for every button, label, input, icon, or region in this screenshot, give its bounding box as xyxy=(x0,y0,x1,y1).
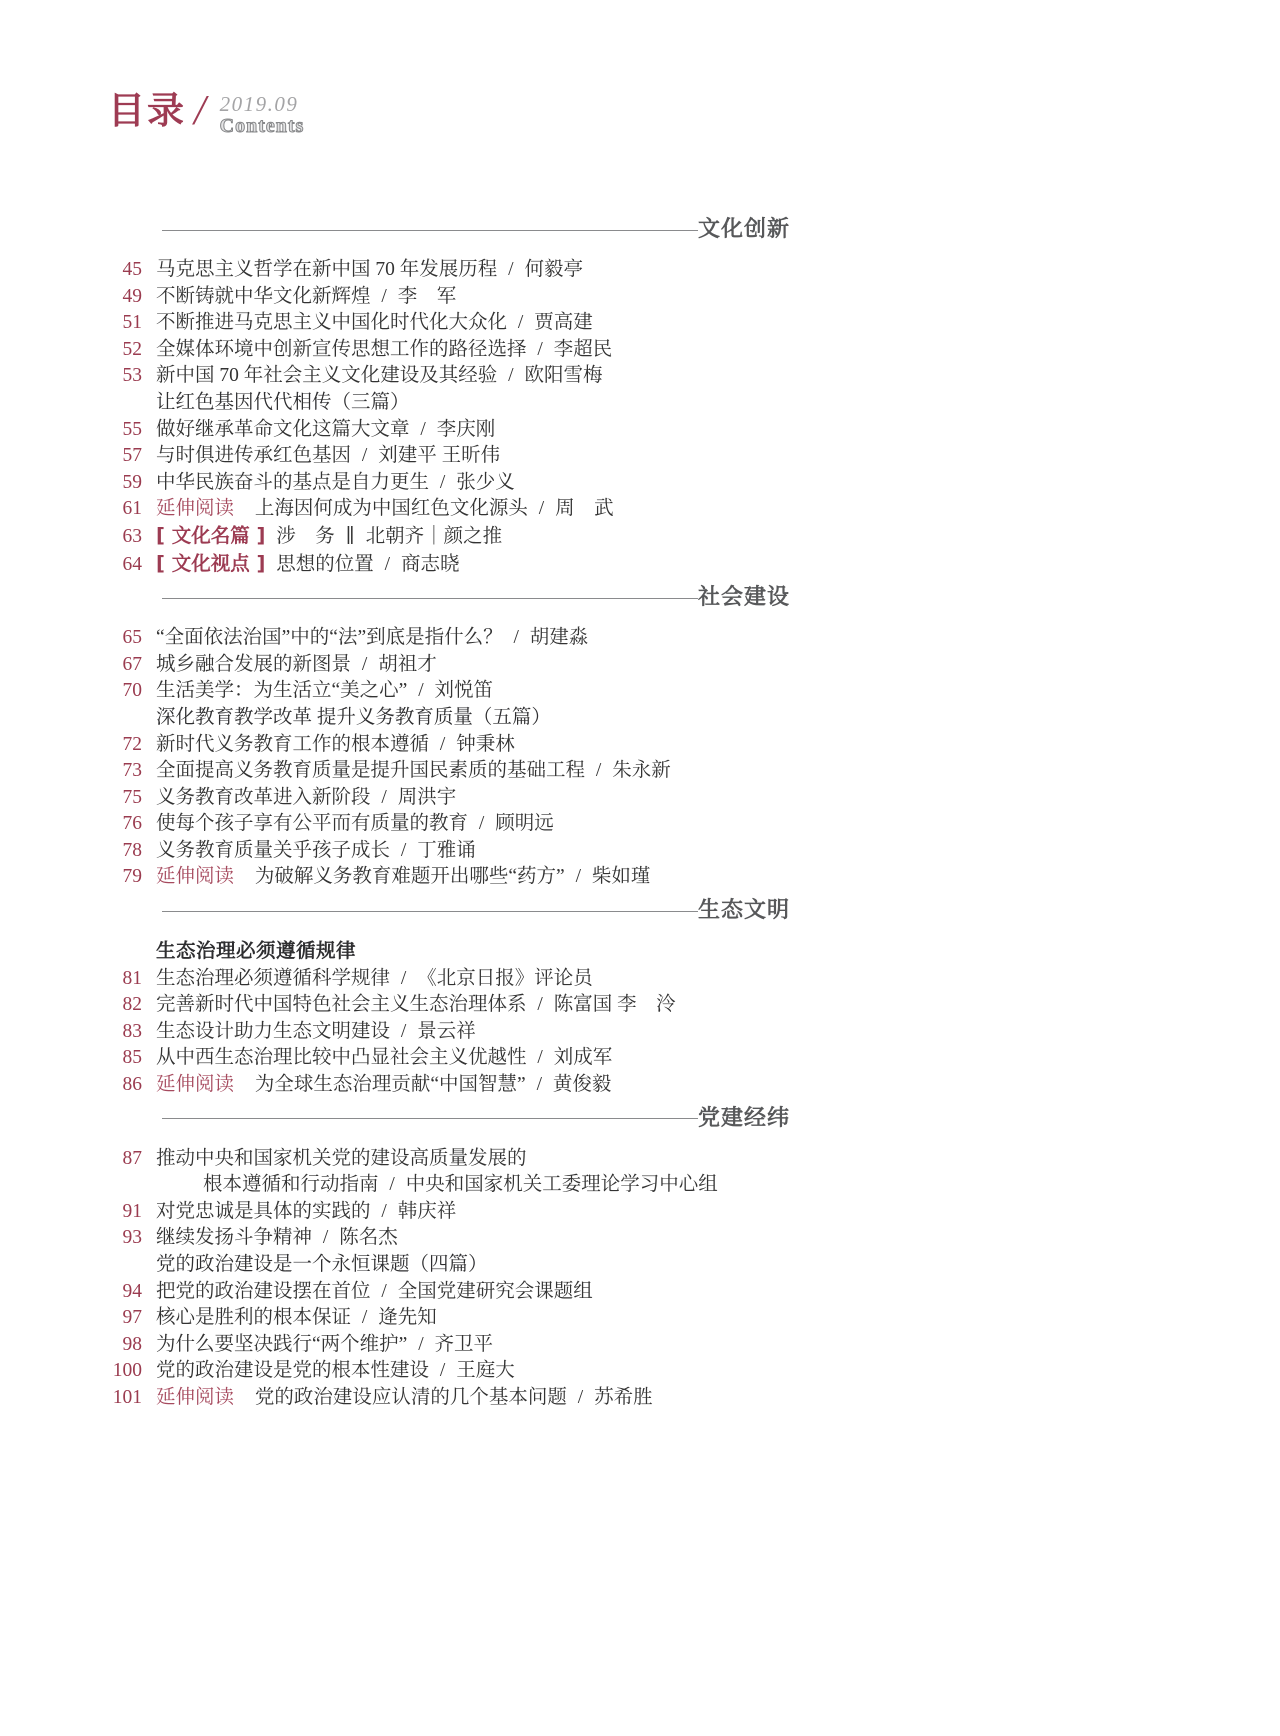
entry-author: 刘建平 王昕伟 xyxy=(378,445,500,466)
entry-title: 继续发扬斗争精神 xyxy=(156,1227,312,1248)
entry-page-number: 61 xyxy=(100,496,142,523)
toc-entry: 67 城乡融合发展的新图景 / 胡祖才 xyxy=(100,652,1220,679)
toc-entry: 76 使每个孩子享有公平而有质量的教育 / 顾明远 xyxy=(100,811,1220,838)
section-header: 文化创新 xyxy=(162,216,790,244)
entry-separator: / xyxy=(473,813,490,834)
entry-text: 不断铸就中华文化新辉煌 / 李 军 xyxy=(156,284,456,311)
entry-text: 城乡融合发展的新图景 / 胡祖才 xyxy=(156,652,437,679)
entry-separator: / xyxy=(375,286,392,307)
toc-entry: 70 生活美学：为生活立“美之心” / 刘悦笛 xyxy=(100,678,1220,705)
toc-entry: 79 延伸阅读 为破解义务教育难题开出哪些“药方” / 柴如瑾 xyxy=(100,864,1220,891)
entry-page-number: 51 xyxy=(100,310,142,337)
entry-prefix-label: 延伸阅读 xyxy=(156,864,234,891)
entry-text: 新中国 70 年社会主义文化建设及其经验 / 欧阳雪梅 xyxy=(156,363,602,390)
entry-title: 根本遵循和行动指南 xyxy=(203,1174,379,1195)
entry-text: 延伸阅读 党的政治建设应认清的几个基本问题 / 苏希胜 xyxy=(156,1385,653,1412)
entry-title: 新中国 70 年社会主义文化建设及其经验 xyxy=(156,365,497,386)
entry-text: 继续发扬斗争精神 / 陈名杰 xyxy=(156,1225,398,1252)
section-rule-line xyxy=(162,911,698,912)
entry-title: 深化教育教学改革 提升义务教育质量（五篇） xyxy=(156,707,551,728)
section-entry-list: 45 马克思主义哲学在新中国 70 年发展历程 / 何毅亭 49 不断铸就中华文… xyxy=(100,257,1220,578)
toc-sections: 文化创新 45 马克思主义哲学在新中国 70 年发展历程 / 何毅亭 49 不断… xyxy=(100,216,1220,1418)
entry-author: 《北京日报》评论员 xyxy=(417,968,593,989)
entry-text: 完善新时代中国特色社会主义生态治理体系 / 陈富国 李 泠 xyxy=(156,992,676,1019)
entry-text: 使每个孩子享有公平而有质量的教育 / 顾明远 xyxy=(156,811,554,838)
toc-entry: 61 延伸阅读 上海因何成为中国红色文化源头 / 周 武 xyxy=(100,496,1220,523)
entry-author: 全国党建研究会课题组 xyxy=(398,1281,593,1302)
entry-page-number: 76 xyxy=(100,811,142,838)
entry-page-number: 67 xyxy=(100,652,142,679)
toc-entry: 78 义务教育质量关乎孩子成长 / 丁雅诵 xyxy=(100,838,1220,865)
entry-title: 马克思主义哲学在新中国 70 年发展历程 xyxy=(156,259,497,280)
entry-text: 与时俱进传承红色基因 / 刘建平 王昕伟 xyxy=(156,443,500,470)
entry-title: 不断铸就中华文化新辉煌 xyxy=(156,286,371,307)
entry-author: 顾明远 xyxy=(495,813,554,834)
entry-author: 何毅亭 xyxy=(524,259,583,280)
entry-title: 使每个孩子享有公平而有质量的教育 xyxy=(156,813,468,834)
entry-page-number: 83 xyxy=(100,1019,142,1046)
section-entry-list: 87 推动中央和国家机关党的建设高质量发展的 根本遵循和行动指南 / 中央和国家… xyxy=(100,1146,1220,1412)
toc-entry: 82 完善新时代中国特色社会主义生态治理体系 / 陈富国 李 泠 xyxy=(100,992,1220,1019)
entry-separator: / xyxy=(434,1360,451,1381)
toc-entry: 97 核心是胜利的根本保证 / 逄先知 xyxy=(100,1305,1220,1332)
toc-entry: 83 生态设计助力生态文明建设 / 景云祥 xyxy=(100,1019,1220,1046)
entry-author: 北朝齐｜颜之推 xyxy=(366,526,503,547)
entry-title: 做好继承革命文化这篇大文章 xyxy=(156,419,410,440)
entry-page-number: 85 xyxy=(100,1045,142,1072)
entry-text: 义务教育质量关乎孩子成长 / 丁雅诵 xyxy=(156,838,476,865)
entry-author: 商志晓 xyxy=(401,554,460,575)
toc-entry: 55 做好继承革命文化这篇大文章 / 李庆刚 xyxy=(100,417,1220,444)
entry-title: 涉 务 xyxy=(276,526,335,547)
entry-author: 王庭大 xyxy=(456,1360,515,1381)
entry-title: 生态治理必须遵循科学规律 xyxy=(156,968,390,989)
entry-title: 党的政治建设是党的根本性建设 xyxy=(156,1360,429,1381)
entry-page-number: 81 xyxy=(100,966,142,993)
entry-page-number: 64 xyxy=(100,552,142,579)
entry-prefix-label: [ 文化视点 ] xyxy=(156,551,265,578)
section-rule-line xyxy=(162,1118,698,1119)
issue-block: 2019.09 Contents xyxy=(220,92,305,137)
page-title: 目录 xyxy=(108,92,186,131)
toc-entry: 100 党的政治建设是党的根本性建设 / 王庭大 xyxy=(100,1358,1220,1385)
entry-separator: / xyxy=(531,1074,548,1095)
entry-text: 把党的政治建设摆在首位 / 全国党建研究会课题组 xyxy=(156,1279,593,1306)
toc-entry: 101 延伸阅读 党的政治建设应认清的几个基本问题 / 苏希胜 xyxy=(100,1385,1220,1412)
entry-page-number: 52 xyxy=(100,337,142,364)
entry-page-number: 97 xyxy=(100,1305,142,1332)
entry-page-number: 86 xyxy=(100,1072,142,1099)
section-title: 生态文明 xyxy=(698,900,790,922)
entry-author: 丁雅诵 xyxy=(417,840,476,861)
entry-page-number: 75 xyxy=(100,785,142,812)
entry-text: [ 文化名篇 ] 涉 务 ∥ 北朝齐｜颜之推 xyxy=(156,523,502,551)
entry-page-number: 79 xyxy=(100,864,142,891)
entry-prefix-label: 延伸阅读 xyxy=(156,1385,234,1412)
entry-title: 全媒体环境中创新宣传思想工作的路径选择 xyxy=(156,339,527,360)
entry-separator: / xyxy=(434,734,451,755)
entry-page-number: 93 xyxy=(100,1225,142,1252)
entry-text: 中华民族奋斗的基点是自力更生 / 张少义 xyxy=(156,470,515,497)
entry-author: 胡祖才 xyxy=(378,654,437,675)
toc-entry: 51 不断推进马克思主义中国化时代化大众化 / 贾高建 xyxy=(100,310,1220,337)
section-title: 社会建设 xyxy=(698,587,790,609)
entry-page-number: 101 xyxy=(100,1385,142,1412)
entry-separator: / xyxy=(502,259,519,280)
entry-prefix-label: 延伸阅读 xyxy=(156,1072,234,1099)
entry-author: 贾高建 xyxy=(534,312,593,333)
section-header: 社会建设 xyxy=(162,584,790,612)
entry-separator: / xyxy=(508,627,525,648)
toc-entry: 73 全面提高义务教育质量是提升国民素质的基础工程 / 朱永新 xyxy=(100,758,1220,785)
toc-entry: 86 延伸阅读 为全球生态治理贡献“中国智慧” / 黄俊毅 xyxy=(100,1072,1220,1099)
toc-section: 党建经纬 87 推动中央和国家机关党的建设高质量发展的 根本遵循和行动指南 / … xyxy=(100,1105,1220,1412)
entry-separator: / xyxy=(356,1307,373,1328)
entry-page-number: 63 xyxy=(100,524,142,551)
entry-separator: / xyxy=(531,1047,548,1068)
entry-title: 为破解义务教育难题开出哪些“药方” xyxy=(255,866,565,887)
toc-entry: 让红色基因代代相传（三篇） xyxy=(100,390,1220,417)
entry-text: 深化教育教学改革 提升义务教育质量（五篇） xyxy=(156,705,551,732)
entry-page-number: 73 xyxy=(100,758,142,785)
entry-text: 不断推进马克思主义中国化时代化大众化 / 贾高建 xyxy=(156,310,593,337)
entry-text: 核心是胜利的根本保证 / 逄先知 xyxy=(156,1305,437,1332)
entry-text: 推动中央和国家机关党的建设高质量发展的 xyxy=(156,1146,527,1173)
entry-separator: / xyxy=(570,866,587,887)
entry-separator: / xyxy=(590,760,607,781)
entry-author: 李庆刚 xyxy=(437,419,496,440)
entry-separator: / xyxy=(412,1334,429,1355)
section-rule-line xyxy=(162,598,698,599)
entry-author: 逄先知 xyxy=(378,1307,437,1328)
section-rule-line xyxy=(162,230,698,231)
entry-separator: / xyxy=(395,840,412,861)
entry-separator: / xyxy=(502,365,519,386)
entry-separator: / xyxy=(572,1387,589,1408)
entry-text: 生态治理必须遵循科学规律 / 《北京日报》评论员 xyxy=(156,966,593,993)
toc-entry: 75 义务教育改革进入新阶段 / 周洪宇 xyxy=(100,785,1220,812)
entry-separator: / xyxy=(375,1281,392,1302)
title-slash: / xyxy=(194,92,206,132)
toc-entry: 85 从中西生态治理比较中凸显社会主义优越性 / 刘成军 xyxy=(100,1045,1220,1072)
entry-title: 与时俱进传承红色基因 xyxy=(156,445,351,466)
entry-author: 李超民 xyxy=(554,339,613,360)
toc-entry: 53 新中国 70 年社会主义文化建设及其经验 / 欧阳雪梅 xyxy=(100,363,1220,390)
entry-author: 欧阳雪梅 xyxy=(524,365,602,386)
toc-entry: 81 生态治理必须遵循科学规律 / 《北京日报》评论员 xyxy=(100,966,1220,993)
entry-title: 为全球生态治理贡献“中国智慧” xyxy=(255,1074,526,1095)
entry-text: 新时代义务教育工作的根本遵循 / 钟秉林 xyxy=(156,732,515,759)
entry-text: 让红色基因代代相传（三篇） xyxy=(156,390,410,417)
section-title: 文化创新 xyxy=(698,219,790,241)
entry-page-number: 55 xyxy=(100,417,142,444)
entry-separator: / xyxy=(533,498,550,519)
toc-entry: 49 不断铸就中华文化新辉煌 / 李 军 xyxy=(100,284,1220,311)
entry-page-number: 100 xyxy=(100,1358,142,1385)
toc-entry: 94 把党的政治建设摆在首位 / 全国党建研究会课题组 xyxy=(100,1279,1220,1306)
entry-separator: / xyxy=(356,654,373,675)
section-header: 生态文明 xyxy=(162,897,790,925)
toc-entry: 深化教育教学改革 提升义务教育质量（五篇） xyxy=(100,705,1220,732)
toc-entry: 93 继续发扬斗争精神 / 陈名杰 xyxy=(100,1225,1220,1252)
entry-page-number: 78 xyxy=(100,838,142,865)
entry-title: 完善新时代中国特色社会主义生态治理体系 xyxy=(156,994,527,1015)
entry-text: 全媒体环境中创新宣传思想工作的路径选择 / 李超民 xyxy=(156,337,612,364)
entry-text: 延伸阅读 为破解义务教育难题开出哪些“药方” / 柴如瑾 xyxy=(156,864,650,891)
entry-page-number: 49 xyxy=(100,284,142,311)
toc-entry: 64 [ 文化视点 ] 思想的位置 / 商志晓 xyxy=(100,551,1220,579)
entry-page-number: 91 xyxy=(100,1199,142,1226)
entry-author: 陈富国 李 泠 xyxy=(554,994,676,1015)
entry-text: 为什么要坚决践行“两个维护” / 齐卫平 xyxy=(156,1332,493,1359)
entry-page-number: 98 xyxy=(100,1332,142,1359)
toc-entry: 98 为什么要坚决践行“两个维护” / 齐卫平 xyxy=(100,1332,1220,1359)
entry-separator: / xyxy=(434,472,451,493)
entry-title: 生活美学：为生活立“美之心” xyxy=(156,680,407,701)
entry-author: 钟秉林 xyxy=(456,734,515,755)
entry-author: 陈名杰 xyxy=(339,1227,398,1248)
entry-author: 柴如瑾 xyxy=(592,866,651,887)
entry-title: 对党忠诚是具体的实践的 xyxy=(156,1201,371,1222)
entry-separator: / xyxy=(531,339,548,360)
entry-author: 胡建淼 xyxy=(530,627,589,648)
entry-author: 李 军 xyxy=(398,286,457,307)
entry-page-number: 53 xyxy=(100,363,142,390)
entry-title: 全面提高义务教育质量是提升国民素质的基础工程 xyxy=(156,760,585,781)
entry-title: 中华民族奋斗的基点是自力更生 xyxy=(156,472,429,493)
entry-separator: / xyxy=(356,445,373,466)
entry-text: 根本遵循和行动指南 / 中央和国家机关工委理论学习中心组 xyxy=(156,1172,718,1199)
toc-entry: 87 推动中央和国家机关党的建设高质量发展的 xyxy=(100,1146,1220,1173)
entry-title: 从中西生态治理比较中凸显社会主义优越性 xyxy=(156,1047,527,1068)
entry-separator: / xyxy=(383,1174,400,1195)
entry-text: 义务教育改革进入新阶段 / 周洪宇 xyxy=(156,785,456,812)
entry-separator: ∥ xyxy=(340,526,361,547)
entry-title: 城乡融合发展的新图景 xyxy=(156,654,351,675)
entry-text: 延伸阅读 为全球生态治理贡献“中国智慧” / 黄俊毅 xyxy=(156,1072,611,1099)
entry-page-number: 59 xyxy=(100,470,142,497)
entry-page-number: 82 xyxy=(100,992,142,1019)
entry-text: [ 文化视点 ] 思想的位置 / 商志晓 xyxy=(156,551,459,579)
entry-text: 从中西生态治理比较中凸显社会主义优越性 / 刘成军 xyxy=(156,1045,612,1072)
entry-text: 生态设计助力生态文明建设 / 景云祥 xyxy=(156,1019,476,1046)
toc-entry: 91 对党忠诚是具体的实践的 / 韩庆祥 xyxy=(100,1199,1220,1226)
toc-entry: 52 全媒体环境中创新宣传思想工作的路径选择 / 李超民 xyxy=(100,337,1220,364)
entry-title: 把党的政治建设摆在首位 xyxy=(156,1281,371,1302)
entry-author: 黄俊毅 xyxy=(553,1074,612,1095)
entry-page-number: 45 xyxy=(100,257,142,284)
toc-entry: 57 与时俱进传承红色基因 / 刘建平 王昕伟 xyxy=(100,443,1220,470)
entry-text: 对党忠诚是具体的实践的 / 韩庆祥 xyxy=(156,1199,456,1226)
entry-title: 新时代义务教育工作的根本遵循 xyxy=(156,734,429,755)
entry-separator: / xyxy=(395,968,412,989)
toc-entry: 45 马克思主义哲学在新中国 70 年发展历程 / 何毅亭 xyxy=(100,257,1220,284)
entry-title: 为什么要坚决践行“两个维护” xyxy=(156,1334,407,1355)
entry-author: 景云祥 xyxy=(417,1021,476,1042)
section-header: 党建经纬 xyxy=(162,1105,790,1133)
entry-separator: / xyxy=(375,1201,392,1222)
entry-author: 苏希胜 xyxy=(594,1387,653,1408)
issue-date: 2019.09 xyxy=(220,93,305,115)
toc-section: 社会建设 65 “全面依法治国”中的“法”到底是指什么？ / 胡建淼 67 城乡… xyxy=(100,584,1220,891)
entry-title: 义务教育改革进入新阶段 xyxy=(156,787,371,808)
entry-author: 韩庆祥 xyxy=(398,1201,457,1222)
toc-page: 目录 / 2019.09 Contents 文化创新 45 马克思主义哲学在新中… xyxy=(0,0,1280,1736)
entry-title: 推动中央和国家机关党的建设高质量发展的 xyxy=(156,1148,527,1169)
entry-text: 做好继承革命文化这篇大文章 / 李庆刚 xyxy=(156,417,495,444)
toc-entry: 生态治理必须遵循规律 xyxy=(100,938,1220,966)
entry-text: 党的政治建设是一个永恒课题（四篇） xyxy=(156,1252,488,1279)
entry-prefix-label: 延伸阅读 xyxy=(156,496,234,523)
entry-author: 张少义 xyxy=(456,472,515,493)
contents-label: Contents xyxy=(220,115,305,137)
entry-text: “全面依法治国”中的“法”到底是指什么？ / 胡建淼 xyxy=(156,625,588,652)
entry-separator: / xyxy=(414,419,431,440)
section-entry-list: 生态治理必须遵循规律 81 生态治理必须遵循科学规律 / 《北京日报》评论员 8… xyxy=(100,938,1220,1099)
entry-author: 中央和国家机关工委理论学习中心组 xyxy=(406,1174,718,1195)
entry-text: 延伸阅读 上海因何成为中国红色文化源头 / 周 武 xyxy=(156,496,614,523)
entry-title: 生态治理必须遵循规律 xyxy=(156,939,356,962)
toc-section: 文化创新 45 马克思主义哲学在新中国 70 年发展历程 / 何毅亭 49 不断… xyxy=(100,216,1220,578)
entry-text: 生活美学：为生活立“美之心” / 刘悦笛 xyxy=(156,678,493,705)
toc-entry: 党的政治建设是一个永恒课题（四篇） xyxy=(100,1252,1220,1279)
entry-text: 生态治理必须遵循规律 xyxy=(156,938,356,966)
toc-entry: 59 中华民族奋斗的基点是自力更生 / 张少义 xyxy=(100,470,1220,497)
toc-entry: 根本遵循和行动指南 / 中央和国家机关工委理论学习中心组 xyxy=(100,1172,1220,1199)
entry-page-number: 72 xyxy=(100,732,142,759)
toc-section: 生态文明 生态治理必须遵循规律 81 生态治理必须遵循科学规律 / 《北京日报》… xyxy=(100,897,1220,1099)
entry-separator: / xyxy=(317,1227,334,1248)
entry-author: 周 武 xyxy=(555,498,614,519)
entry-title: 生态设计助力生态文明建设 xyxy=(156,1021,390,1042)
entry-prefix-label: [ 文化名篇 ] xyxy=(156,523,265,550)
entry-page-number: 57 xyxy=(100,443,142,470)
entry-text: 马克思主义哲学在新中国 70 年发展历程 / 何毅亭 xyxy=(156,257,583,284)
entry-title: 思想的位置 xyxy=(276,554,374,575)
toc-entry: 63 [ 文化名篇 ] 涉 务 ∥ 北朝齐｜颜之推 xyxy=(100,523,1220,551)
section-entry-list: 65 “全面依法治国”中的“法”到底是指什么？ / 胡建淼 67 城乡融合发展的… xyxy=(100,625,1220,891)
entry-author: 周洪宇 xyxy=(398,787,457,808)
toc-entry: 72 新时代义务教育工作的根本遵循 / 钟秉林 xyxy=(100,732,1220,759)
section-title: 党建经纬 xyxy=(698,1108,790,1130)
entry-author: 朱永新 xyxy=(612,760,671,781)
entry-title: 不断推进马克思主义中国化时代化大众化 xyxy=(156,312,507,333)
toc-header: 目录 / 2019.09 Contents xyxy=(108,92,304,137)
toc-entry: 65 “全面依法治国”中的“法”到底是指什么？ / 胡建淼 xyxy=(100,625,1220,652)
entry-text: 党的政治建设是党的根本性建设 / 王庭大 xyxy=(156,1358,515,1385)
entry-author: 刘成军 xyxy=(554,1047,613,1068)
entry-page-number: 87 xyxy=(100,1146,142,1173)
entry-separator: / xyxy=(395,1021,412,1042)
entry-text: 全面提高义务教育质量是提升国民素质的基础工程 / 朱永新 xyxy=(156,758,671,785)
entry-separator: / xyxy=(375,787,392,808)
entry-separator: / xyxy=(379,554,396,575)
entry-title: 义务教育质量关乎孩子成长 xyxy=(156,840,390,861)
entry-separator: / xyxy=(531,994,548,1015)
entry-title: 让红色基因代代相传（三篇） xyxy=(156,392,410,413)
entry-title: “全面依法治国”中的“法”到底是指什么？ xyxy=(156,627,503,648)
entry-separator: / xyxy=(412,680,429,701)
entry-author: 刘悦笛 xyxy=(434,680,493,701)
entry-title: 上海因何成为中国红色文化源头 xyxy=(255,498,528,519)
entry-page-number: 70 xyxy=(100,678,142,705)
entry-title: 党的政治建设应认清的几个基本问题 xyxy=(255,1387,567,1408)
entry-title: 核心是胜利的根本保证 xyxy=(156,1307,351,1328)
entry-page-number: 94 xyxy=(100,1279,142,1306)
entry-author: 齐卫平 xyxy=(434,1334,493,1355)
entry-separator: / xyxy=(512,312,529,333)
entry-title: 党的政治建设是一个永恒课题（四篇） xyxy=(156,1254,488,1275)
entry-page-number: 65 xyxy=(100,625,142,652)
